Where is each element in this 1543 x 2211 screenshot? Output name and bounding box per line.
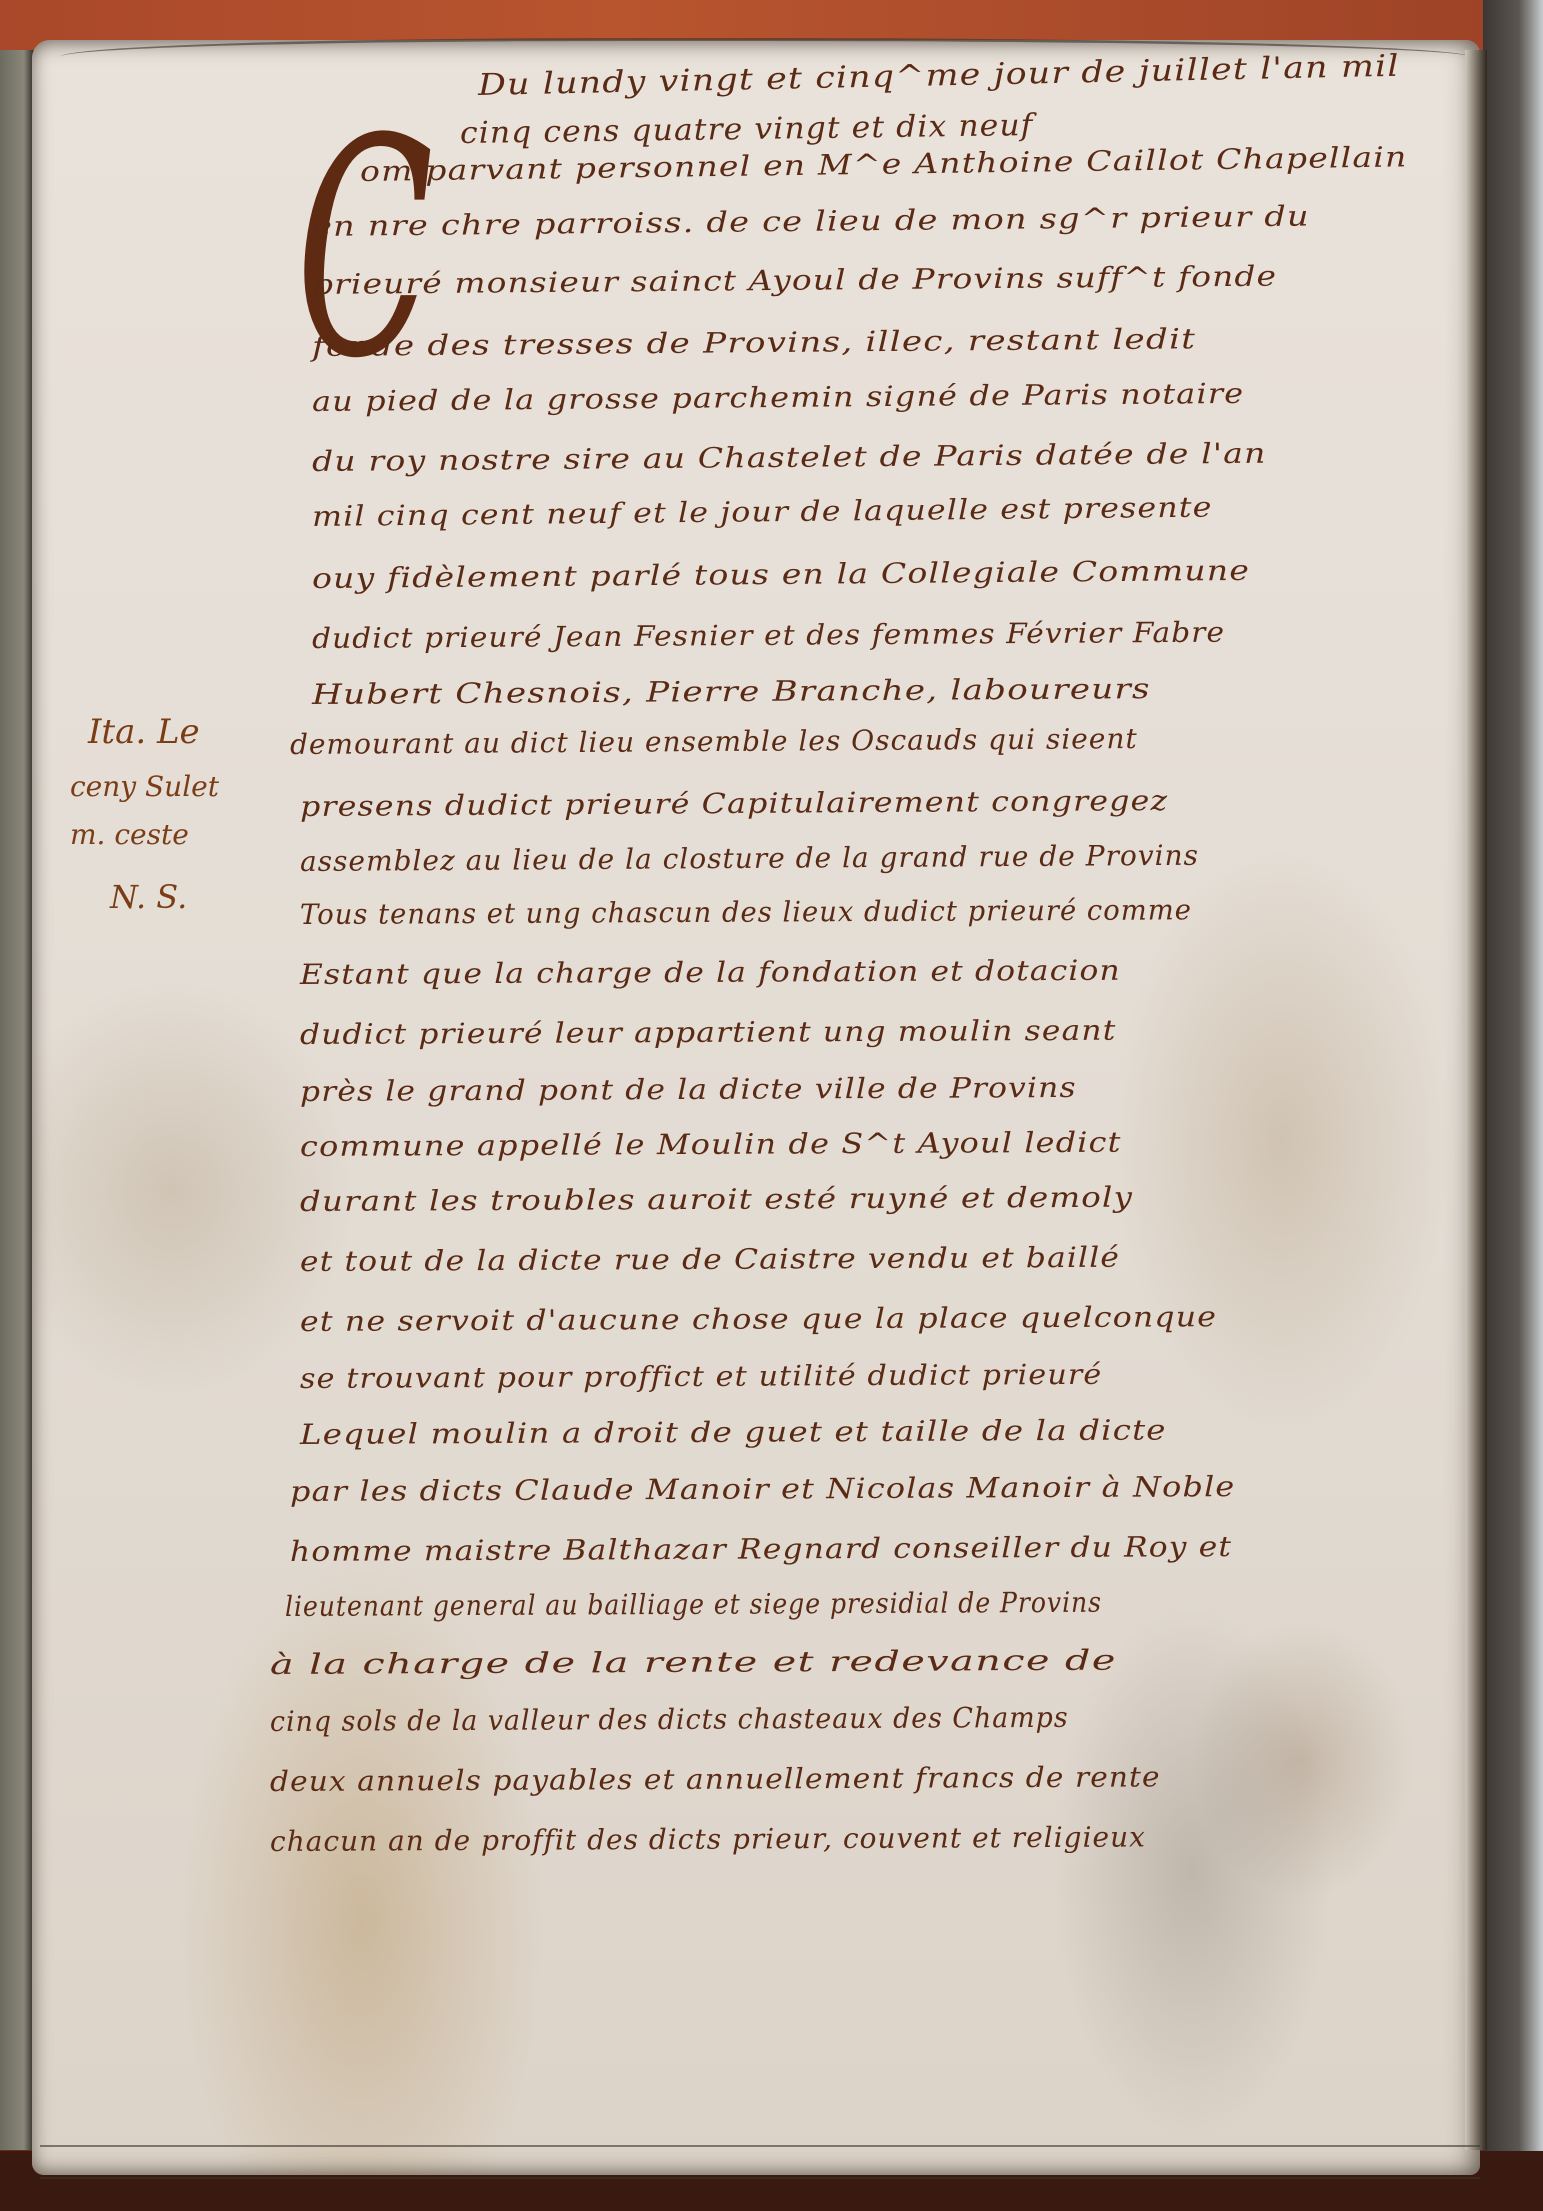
body-line-28: cinq sols de la valleur des dicts chaste… [270,1701,1069,1738]
body-line-15: Estant que la charge de la fondation et … [300,954,1121,991]
body-line-29: deux annuels payables et annuellement fr… [270,1760,1161,1798]
body-line-18: commune appellé le Moulin de S^t Ayoul l… [300,1126,1122,1163]
body-line-21: et ne servoit d'aucune chose que la plac… [300,1300,1217,1338]
body-line-12: presens dudict prieuré Capitulairement c… [300,784,1168,823]
body-line-16: dudict prieuré leur appartient ung mouli… [300,1014,1117,1051]
backdrop-right [1483,0,1543,2211]
body-line-9: dudict prieuré Jean Fesnier et des femme… [312,616,1225,655]
page-bottom-edge [40,2145,1480,2179]
body-line-24: par les dicts Claude Manoir et Nicolas M… [290,1470,1236,1508]
body-line-27: à la charge de la rente et redevance de [270,1644,1117,1681]
margin-note-line-4: N. S. [110,878,187,916]
body-line-23: Lequel moulin a droit de guet et taille … [300,1413,1167,1451]
margin-note-line-3: m. ceste [70,818,189,851]
body-line-14: Tous tenans et ung chascun des lieux dud… [300,893,1192,931]
body-line-10: Hubert Chesnois, Pierre Branche, laboure… [312,672,1151,711]
margin-note-line-1: Ita. Le [88,712,200,752]
body-line-25: homme maistre Balthazar Regnard conseill… [290,1530,1232,1568]
body-line-19: durant les troubles auroit esté ruyné et… [300,1181,1133,1218]
left-binding [0,50,34,2150]
body-line-17: près le grand pont de la dicte ville de … [300,1071,1077,1108]
margin-note-line-2: ceny Sulet [70,770,219,803]
body-line-11: demourant au dict lieu ensemble les Osca… [290,722,1138,761]
page-right-edge [1465,50,1487,2150]
body-line-22: se trouvant pour proffict et utilité dud… [300,1358,1103,1395]
body-line-20: et tout de la dicte rue de Caistre vendu… [300,1241,1120,1278]
body-line-26: lieutenant general au bailliage et siege… [285,1586,1102,1623]
body-line-13: assemblez au lieu de la closture de la g… [300,839,1199,878]
body-line-30: chacun an de proffit des dicts prieur, c… [270,1820,1146,1858]
